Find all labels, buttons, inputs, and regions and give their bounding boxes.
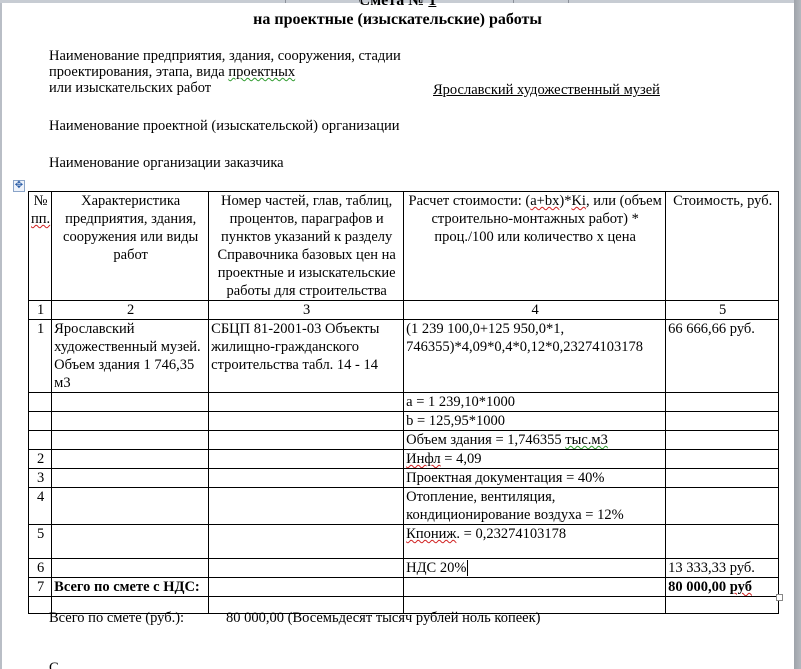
row-characteristic: Ярославский художественный музей. Объем … [52, 320, 209, 393]
row-cost [666, 412, 779, 431]
table-row: 4 Отопление, вентиляция, кондиционирован… [29, 488, 779, 525]
row-cost [666, 393, 779, 412]
row-reference [209, 525, 404, 559]
row-number: 7 [29, 578, 52, 597]
row-cost [666, 597, 779, 614]
ruler-tick [513, 0, 514, 3]
text-fragment: )* [559, 193, 571, 209]
vertical-scrollbar[interactable] [794, 0, 801, 669]
header-characteristic: Характеристика предприятия, здания, соор… [52, 192, 209, 301]
column-number: 1 [29, 301, 52, 320]
table-row: 2 Инфл = 4,09 [29, 450, 779, 469]
table-row: b = 125,95*1000 [29, 412, 779, 431]
title-prefix: Смета № [359, 0, 429, 9]
row-reference [209, 450, 404, 469]
table-resize-handle-icon[interactable] [776, 594, 783, 601]
row-number: 6 [29, 559, 52, 578]
row-characteristic [52, 431, 209, 450]
table-row: a = 1 239,10*1000 [29, 393, 779, 412]
spelling-flagged-word: Кпониж [406, 526, 456, 542]
row-cost [666, 450, 779, 469]
total-amount: 80 000,00 [668, 579, 730, 595]
header-calculation: Расчет стоимости: (a+bx)*Ki, или (объем … [404, 192, 666, 301]
row-cost [666, 525, 779, 559]
ruler-tick [422, 0, 423, 3]
table-row: Объем здания = 1,746355 тыс.м3 [29, 431, 779, 450]
row-number [29, 393, 52, 412]
text-fragment: . = 0,23274103178 [456, 526, 566, 542]
formula-term: a+bx [530, 193, 559, 209]
row-characteristic [52, 393, 209, 412]
row-cost: 66 666,66 руб. [666, 320, 779, 393]
grammar-flagged-word: тыс.м3 [565, 432, 608, 448]
row-reference [209, 431, 404, 450]
row-calculation: (1 239 100,0+125 950,0*1, 746355)*4,09*0… [404, 320, 666, 393]
row-reference [209, 469, 404, 488]
text-fragment: Объем здания = 1,746355 [406, 432, 565, 448]
header-reference: Номер частей, глав, таблиц, процентов, п… [209, 192, 404, 301]
row-cost: 13 333,33 руб. [666, 559, 779, 578]
row-cost [666, 469, 779, 488]
spelling-flagged-word: Инфл [406, 451, 441, 467]
row-calculation: b = 125,95*1000 [404, 412, 666, 431]
row-calculation: Проектная документация = 40% [404, 469, 666, 488]
row-characteristic [52, 450, 209, 469]
row-characteristic [52, 525, 209, 559]
total-value: 80 000,00 (Восемьдесят тысяч рублей ноль… [226, 610, 540, 627]
row-calculation: Кпониж. = 0,23274103178 [404, 525, 666, 559]
row-reference [209, 488, 404, 525]
row-calculation [404, 578, 666, 597]
enterprise-value: Ярославский художественный музей [433, 82, 660, 99]
table-row: 5 Кпониж. = 0,23274103178 [29, 525, 779, 559]
table-row: 1 Ярославский художественный музей. Объе… [29, 320, 779, 393]
row-calculation: Отопление, вентиляция, кондиционирование… [404, 488, 666, 525]
customer-org-label: Наименование организации заказчика [49, 155, 284, 171]
row-reference [209, 412, 404, 431]
estimate-number: 1 [428, 0, 436, 9]
row-cost [666, 488, 779, 525]
grammar-flagged-word[interactable]: проектных [228, 64, 295, 80]
estimate-table: №пп. Характеристика предприятия, здания,… [28, 191, 779, 614]
row-calculation: a = 1 239,10*1000 [404, 393, 666, 412]
column-number: 4 [404, 301, 666, 320]
ruler-tick [360, 0, 361, 3]
table-row: 6 НДС 20% 13 333,33 руб. [29, 559, 779, 578]
row-number [29, 412, 52, 431]
formula-term: Ki [571, 193, 586, 209]
table-row: 3 Проектная документация = 40% [29, 469, 779, 488]
row-cost [666, 431, 779, 450]
text-fragment: = 4,09 [441, 451, 482, 467]
row-reference [209, 559, 404, 578]
estimate-subtitle: на проектные (изыскательские) работы [0, 11, 795, 29]
table-header-row: №пп. Характеристика предприятия, здания,… [29, 192, 779, 301]
row-number [29, 431, 52, 450]
enterprise-label-line3: или изыскательских работ [49, 80, 401, 96]
estimate-title: Смета № 1 [0, 0, 795, 10]
ruler-tick [568, 0, 569, 3]
enterprise-label-line2: проектирования, этапа, вида проектных [49, 64, 401, 80]
vat-text-with-caret[interactable]: НДС 20% [406, 560, 468, 576]
row-number: 3 [29, 469, 52, 488]
row-reference: СБЦП 81-2001-03 Объекты жилищно-гражданс… [209, 320, 404, 393]
next-line-fragment: С [49, 660, 59, 669]
enterprise-label: Наименование предприятия, здания, сооруж… [49, 48, 401, 96]
row-characteristic [52, 469, 209, 488]
row-total-label: Всего по смете с НДС: [52, 578, 209, 597]
header-number-abbr: пп. [31, 211, 50, 227]
total-label: Всего по смете (руб.): [49, 610, 184, 627]
row-characteristic [52, 488, 209, 525]
header-number: №пп. [29, 192, 52, 301]
column-number: 2 [52, 301, 209, 320]
row-reference [209, 393, 404, 412]
ruler-tick [285, 0, 286, 3]
header-number-sign: № [34, 193, 48, 209]
row-number: 4 [29, 488, 52, 525]
row-number: 2 [29, 450, 52, 469]
enterprise-label-line1: Наименование предприятия, здания, сооруж… [49, 48, 401, 64]
row-calculation[interactable]: НДС 20% [404, 559, 666, 578]
table-row-total: 7 Всего по смете с НДС: 80 000,00 руб [29, 578, 779, 597]
header-cost: Стоимость, руб. [666, 192, 779, 301]
row-characteristic [52, 559, 209, 578]
text-fragment: Расчет стоимости: ( [409, 193, 531, 209]
row-number: 1 [29, 320, 52, 393]
design-org-label: Наименование проектной (изыскательской) … [49, 118, 399, 134]
row-calculation: Инфл = 4,09 [404, 450, 666, 469]
column-number: 3 [209, 301, 404, 320]
page-left-edge [0, 0, 2, 669]
row-reference [209, 578, 404, 597]
row-total-cost: 80 000,00 руб [666, 578, 779, 597]
row-number: 5 [29, 525, 52, 559]
column-number-row: 1 2 3 4 5 [29, 301, 779, 320]
row-characteristic [52, 412, 209, 431]
text-fragment: проектирования, этапа, вида [49, 64, 228, 80]
table-move-handle-icon[interactable]: ✥ [13, 180, 25, 192]
row-calculation: Объем здания = 1,746355 тыс.м3 [404, 431, 666, 450]
total-currency: руб [730, 579, 752, 595]
column-number: 5 [666, 301, 779, 320]
